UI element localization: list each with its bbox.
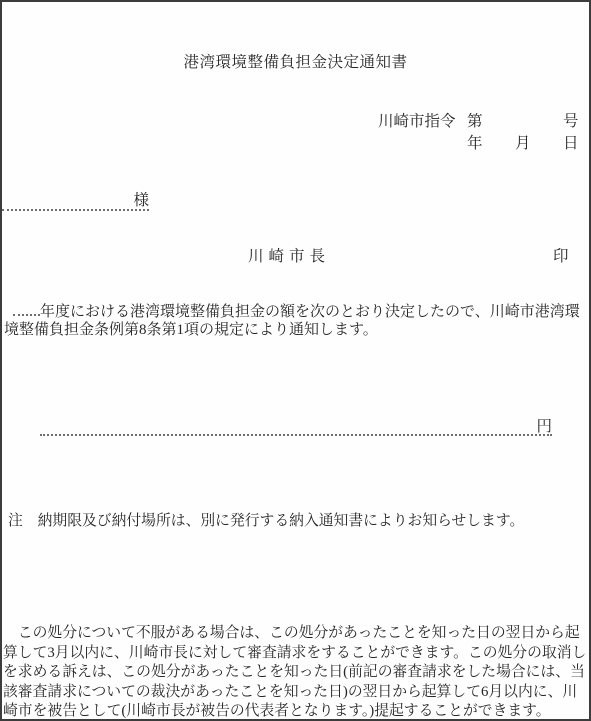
body-text-line1: 年度における港湾環境整備負担金の額を次のとおり決定したので、川崎市港湾環 — [40, 304, 580, 320]
date-day-label: 日 — [563, 134, 579, 153]
date-month-label: 月 — [515, 134, 531, 153]
directive-number-suffix: 号 — [563, 112, 579, 131]
appeal-line: 算して3月以内に、川崎市長に対して審査請求をすることができます。この処分の取消し — [3, 644, 589, 664]
addressee-honorific: 様 — [133, 192, 149, 209]
mayor-signature: 川崎市長 — [248, 247, 330, 266]
appeal-line: この処分について不服がある場合は、この処分があったことを知った日の翌日から起 — [3, 624, 589, 644]
notice-document-page: 港湾環境整備負担金決定通知書 川崎市指令 第 号 年 月 日 様 川崎市長 印 … — [0, 0, 591, 721]
document-title: 港湾環境整備負担金決定通知書 — [2, 53, 589, 72]
body-paragraph-line2: 境整備負担金条例第8条第1項の規定により通知します。 — [4, 321, 378, 340]
date-year-label: 年 — [467, 134, 483, 153]
addressee-blank-line: 様 — [2, 193, 149, 211]
appeal-line: 該審査請求についての裁決があったことを知った日)の翌日から起算して6月以内に、川 — [3, 683, 589, 703]
fiscal-year-blank-field — [13, 301, 40, 316]
payment-note: 注 納期限及び納付場所は、別に発行する納入通知書によりお知らせします。 — [8, 512, 524, 530]
seal-mark: 印 — [553, 247, 569, 266]
directive-number-prefix: 第 — [467, 112, 483, 131]
directive-authority-label: 川崎市指令 — [378, 112, 456, 131]
amount-blank-line: 円 — [40, 419, 552, 436]
appeal-instructions-paragraph: この処分について不服がある場合は、この処分があったことを知った日の翌日から起 算… — [3, 624, 589, 721]
body-paragraph-line1: 年度における港湾環境整備負担金の額を次のとおり決定したので、川崎市港湾環 — [13, 301, 580, 322]
appeal-line: を求める訴えは、この処分があったことを知った日(前記の審査請求をした場合には、当 — [3, 663, 589, 683]
amount-unit-yen: 円 — [536, 418, 552, 435]
appeal-line: 崎市を被告として(川崎市長が被告の代表者となります。)提起することができます。 — [3, 702, 589, 721]
